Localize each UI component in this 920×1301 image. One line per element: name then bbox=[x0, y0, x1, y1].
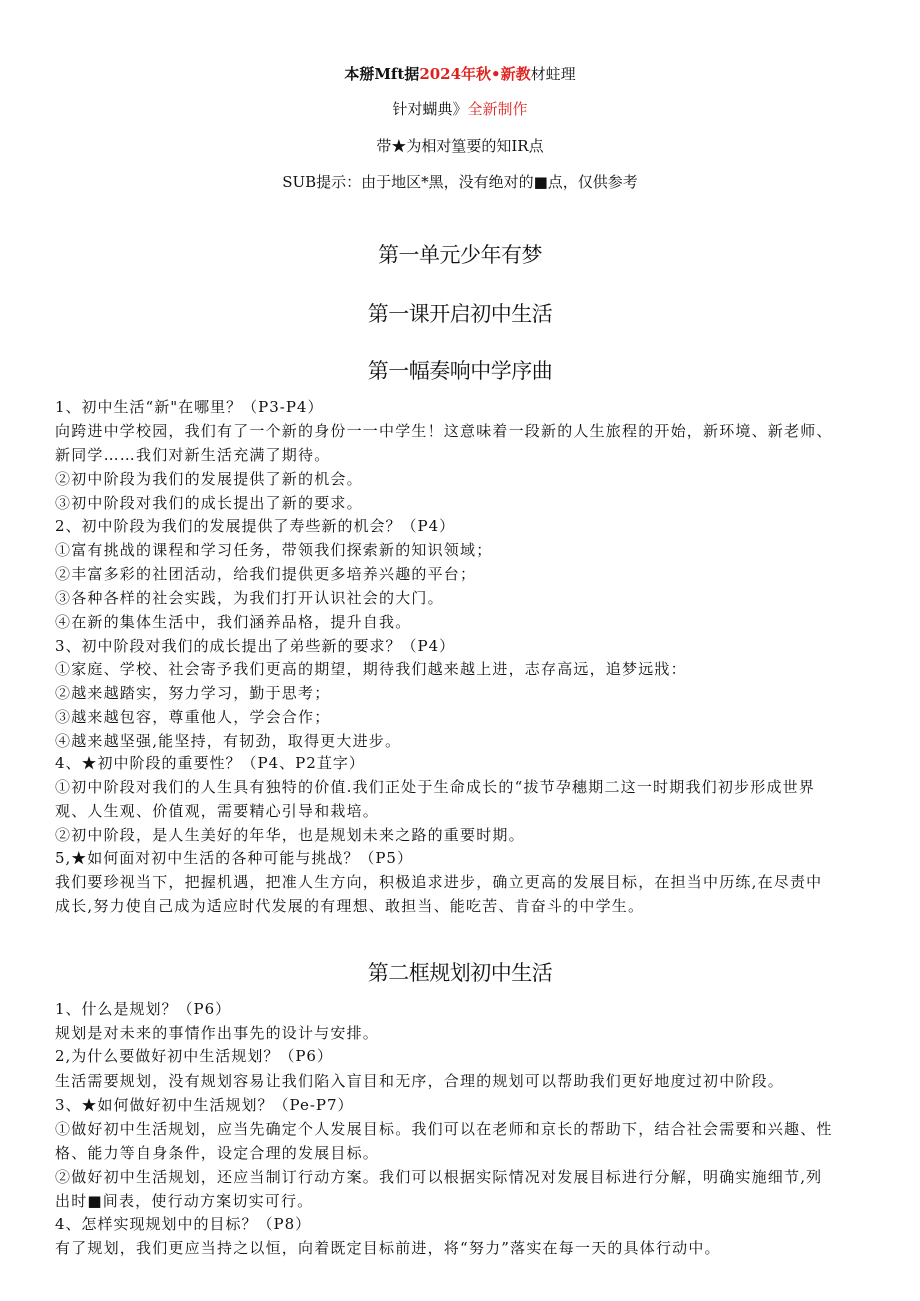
question-1: 1、初中生活“新"在哪里？（P3-P4） bbox=[55, 397, 875, 417]
answer-line: ④越来越坚强,能坚持，有韧劲，取得更大进步。 bbox=[55, 731, 875, 751]
document-page: 本掰Mft据2024年秋•新教材蛀理 针对蝴典》全新制作 带★为相对篁要的知IR… bbox=[0, 0, 920, 1301]
answer-line: ②丰富多彩的社团活动，给我们提供更多培养兴趣的平台； bbox=[55, 564, 875, 584]
frame-title-1: 第一幅奏响中学序曲 bbox=[0, 357, 920, 385]
question-4: 4、怎样实现规划中的目标？（P8） bbox=[55, 1214, 875, 1234]
intro-text: 材蛀理 bbox=[531, 65, 576, 83]
answer-line: 新同学……我们对新生活充满了期待。 bbox=[55, 445, 875, 465]
answer-line: 生活需要规划，没有规划容易让我们陷入盲目和无序，合理的规划可以帮助我们更好地度过… bbox=[55, 1071, 875, 1091]
answer-line: ③初中阶段对我们的成长提出了新的要求。 bbox=[55, 493, 875, 513]
answer-line: ③越来越包容，尊重他人，学会合作； bbox=[55, 707, 875, 727]
question-2: 2,为什么要做好初中生活规划？（P6） bbox=[55, 1046, 875, 1066]
answer-line: 格、能力等自身条件，设定合理的发展目标。 bbox=[55, 1143, 875, 1163]
question-4: 4、★初中阶段的重要性？（P4、P2苴字） bbox=[55, 753, 875, 773]
intro-text: 本掰Mft据 bbox=[344, 65, 419, 83]
answer-line: 出时■间表，使行动方案切实可行。 bbox=[55, 1191, 875, 1211]
intro-text: 针对蝴典》 bbox=[392, 100, 467, 118]
intro-line-edition: 针对蝴典》全新制作 bbox=[0, 99, 920, 119]
answer-line: ②越来越踏实，努力学习，勤于思考； bbox=[55, 683, 875, 703]
answer-line: ①家庭、学校、社会寄予我们更高的期望，期待我们越来越上进，志存高远，追梦远戕： bbox=[55, 659, 875, 679]
answer-line: ③各种各样的社会实践，为我们打开认识社会的大门。 bbox=[55, 588, 875, 608]
question-5: 5,★如何面对初中生活的各种可能与挑战？（P5） bbox=[55, 848, 875, 868]
answer-line: ①初中阶段对我们的人生具有独特的价值.我们正处于生命成长的“拔节孕穗期二这一时期… bbox=[55, 777, 875, 797]
answer-line: ④在新的集体生活中，我们涵养品格，提升自我。 bbox=[55, 612, 875, 632]
answer-line: 我们要珍视当下，把握机遇，把准人生方向，积极追求进步，确立更高的发展目标，在担当… bbox=[55, 872, 875, 892]
answer-line: ①富有挑战的课程和学习任务，带领我们探索新的知识领域； bbox=[55, 540, 875, 560]
answer-line: 成长,努力使自己成为适应时代发展的有理想、敢担当、能吃苦、肯奋斗的中学生。 bbox=[55, 896, 875, 916]
frame-title-2: 第二框规划初中生活 bbox=[0, 959, 920, 987]
intro-line-source: 本掰Mft据2024年秋•新教材蛀理 bbox=[0, 64, 920, 84]
unit-title: 第一单元少年有梦 bbox=[0, 241, 920, 269]
question-1: 1、什么是规划？（P6） bbox=[55, 999, 875, 1019]
intro-line-star-note: 带★为相对篁要的知IR点 bbox=[0, 136, 920, 156]
answer-line: ②做好初中生活规划，还应当制订行动方案。我们可以根据实际情况对发展目标进行分解，… bbox=[55, 1167, 875, 1187]
answer-line: ①做好初中生活规划，应当先确定个人发展目标。我们可以在老师和京长的帮助下，结合社… bbox=[55, 1119, 875, 1139]
answer-line: 观、人生观、价值观，需要精心引导和栽培。 bbox=[55, 801, 875, 821]
intro-highlight: 全新制作 bbox=[468, 100, 528, 118]
question-2: 2、初中阶段为我们的发展提供了寿些新的机会？（P4） bbox=[55, 516, 875, 536]
intro-highlight: 2024年秋•新教 bbox=[419, 65, 530, 83]
answer-line: 向跨进中学校园，我们有了一个新的身份一一中学生！这意味着一段新的人生旅程的开始，… bbox=[55, 421, 875, 441]
answer-line: 规划是对未来的事情作出事先的设计与安排。 bbox=[55, 1023, 875, 1043]
answer-line: ②初中阶段为我们的发展提供了新的机会。 bbox=[55, 469, 875, 489]
intro-line-tip: SUB提示：由于地区*黑，没有绝对的■点，仅供参考 bbox=[0, 172, 920, 192]
lesson-title: 第一课开启初中生活 bbox=[0, 300, 920, 328]
question-3: 3、初中阶段对我们的成长提出了弟些新的要求？（P4） bbox=[55, 636, 875, 656]
question-3: 3、★如何做好初中生活规划？（Pe-P7） bbox=[55, 1095, 875, 1115]
answer-line: ②初中阶段，是人生美好的年华，也是规划未来之路的重要时期。 bbox=[55, 825, 875, 845]
answer-line: 有了规划，我们更应当持之以恒，向着既定目标前进，将“努力”落实在每一天的具体行动… bbox=[55, 1238, 875, 1258]
